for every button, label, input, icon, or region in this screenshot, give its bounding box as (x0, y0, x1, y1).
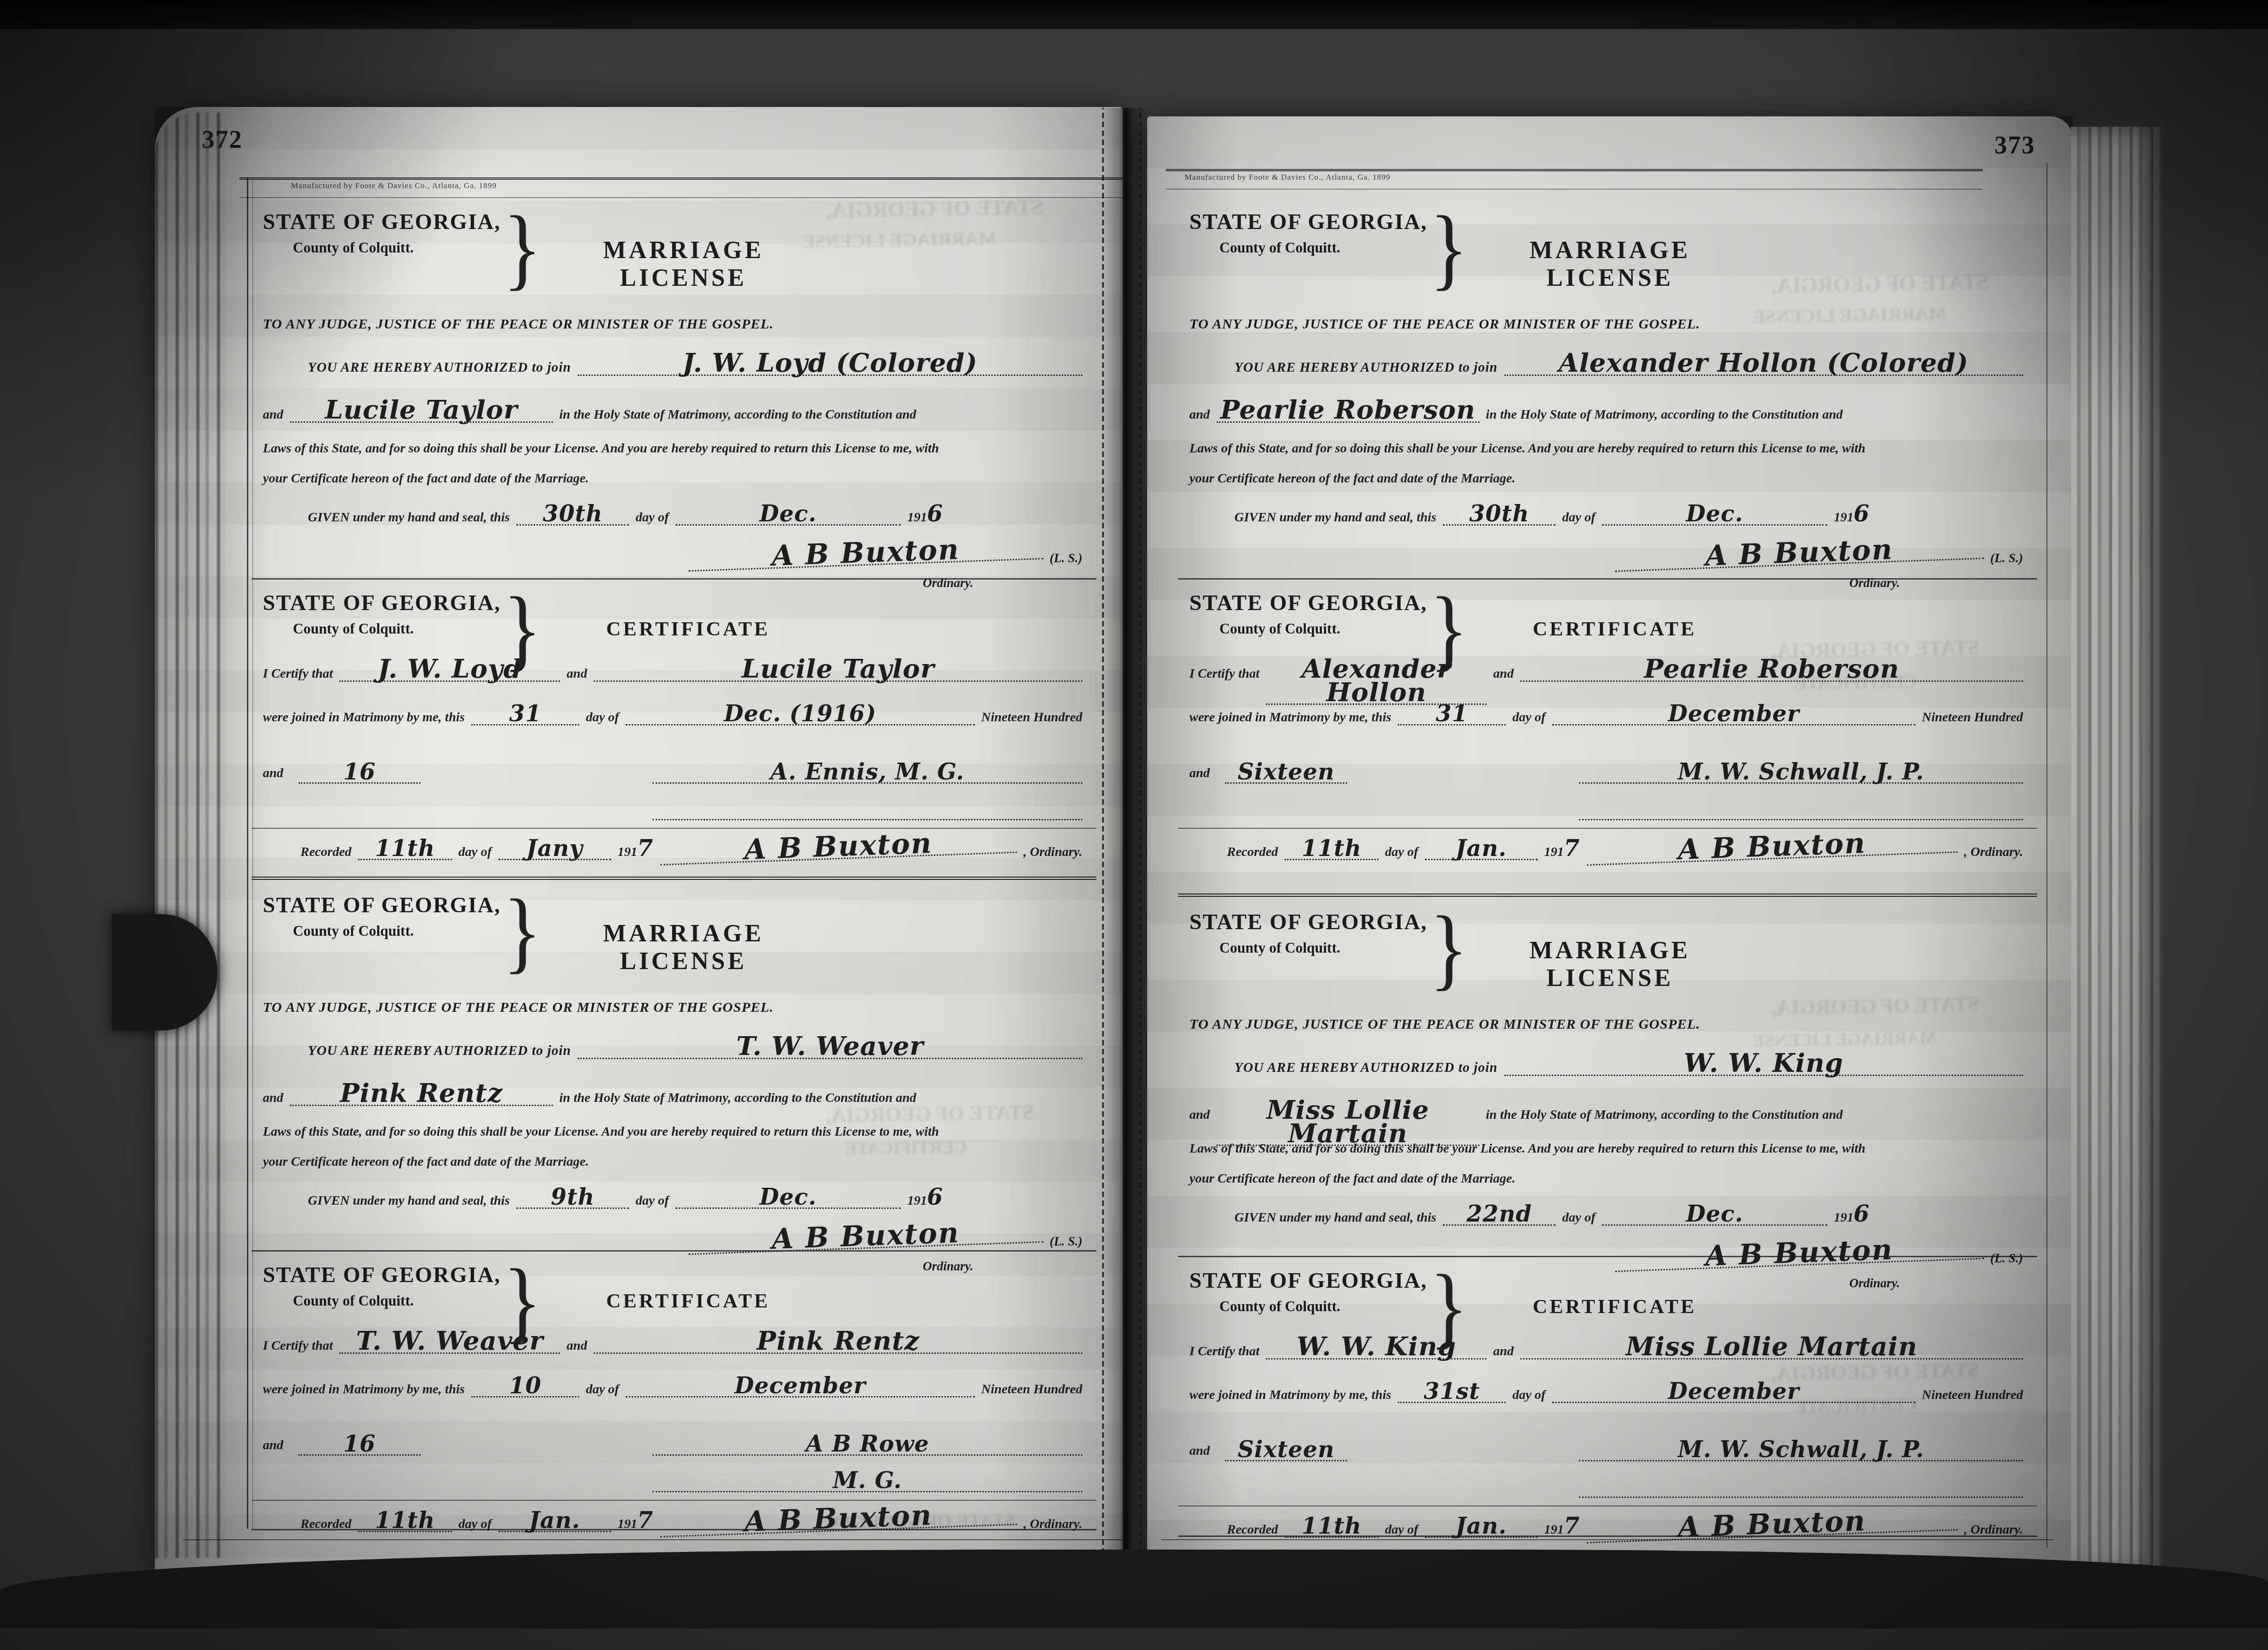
form-content-right: STATE OF GEORGIA, County of Colquitt. } … (1178, 193, 2037, 1535)
officiant-signature: M. W. Schwall, J. P. (1579, 1440, 2023, 1461)
ordinary-suffix: , Ordinary. (1964, 1522, 2023, 1537)
recorded-month-handwritten: Jany (498, 839, 611, 860)
day-of-label: day of (586, 1382, 619, 1397)
seal-label: (L. S.) (1990, 551, 2023, 565)
state-county-block: STATE OF GEORGIA, County of Colquitt. } (1189, 209, 1476, 256)
groom-name-handwritten: Alexander Hollon (Colored) (1504, 351, 2023, 376)
given-day-handwritten: 22nd (1443, 1204, 1555, 1226)
day-of-label: day of (1562, 510, 1595, 525)
gutter-crease-line (1140, 108, 1142, 1563)
ordinary-signature: A B Buxton (1614, 535, 1984, 572)
brace-glyph: } (1430, 896, 1468, 1001)
scanned-marriage-record-book-photo: 372 Manufactured by Foote & Davies Co., … (0, 0, 2268, 1650)
officiant-title-handwritten (1579, 1497, 2023, 1498)
ordinary-suffix: , Ordinary. (1023, 1517, 1082, 1532)
given-label: GIVEN under my hand and seal, this (308, 1193, 510, 1208)
and-label: and (1189, 407, 1210, 422)
license-title: MARRIAGE LICENSE (552, 237, 815, 292)
day-of-label: day of (636, 510, 669, 525)
recorded-year-digit-handwritten: 7 (637, 835, 653, 862)
year-handwritten: Sixteen (1225, 762, 1347, 784)
certificate-return-text: your Certificate hereon of the fact and … (263, 471, 589, 486)
and-label: and (1189, 1108, 1210, 1123)
ordinary-suffix: , Ordinary. (1023, 845, 1082, 860)
recorded-day-handwritten: 11th (1285, 1516, 1379, 1538)
year-digit-handwritten: 6 (927, 1184, 943, 1210)
certificate-return-text: your Certificate hereon of the fact and … (263, 1154, 589, 1169)
recorded-month-handwritten: Jan. (498, 1511, 611, 1532)
married-day-handwritten: 31 (471, 704, 579, 726)
year-handwritten: Sixteen (1225, 1440, 1347, 1461)
certificate-return-text: your Certificate hereon of the fact and … (1189, 1171, 1516, 1186)
and-label: and (263, 407, 283, 422)
officiant-title-handwritten: M. G. (652, 1471, 1082, 1492)
bride-name-handwritten: Miss Lollie Martain (1520, 1335, 2023, 1360)
salutation-line: TO ANY JUDGE, JUSTICE OF THE PEACE OR MI… (1189, 316, 1700, 332)
printed-year-prefix: 191 (1834, 510, 1854, 525)
recorded-divider (1178, 828, 2037, 829)
marriage-certificate-section: STATE OF GEORGIA, County of Colquitt. } … (1178, 578, 2037, 897)
state-county-block: STATE OF GEORGIA, County of Colquitt. } (1189, 590, 1476, 637)
married-day-handwritten: 31 (1398, 704, 1506, 726)
printed-year-prefix: 191 (1834, 1210, 1854, 1225)
brace-glyph: } (503, 879, 542, 984)
recorded-day-handwritten: 11th (1285, 839, 1379, 860)
groom-name-handwritten: W. W. King (1266, 1335, 1486, 1360)
joined-label: were joined in Matrimony by me, this (1189, 710, 1391, 725)
recorded-label: Recorded (300, 1517, 352, 1532)
given-label: GIVEN under my hand and seal, this (308, 510, 510, 525)
certificate-return-text: your Certificate hereon of the fact and … (1189, 471, 1516, 486)
year-digit-handwritten: 6 (927, 501, 943, 527)
joined-label: were joined in Matrimony by me, this (263, 710, 465, 725)
year-group: 1916 (907, 1187, 943, 1208)
authorized-label: YOU ARE HEREBY AUTHORIZED to join (308, 360, 571, 375)
given-day-handwritten: 30th (516, 504, 629, 526)
and-label: and (263, 1091, 283, 1106)
year-group: 1916 (907, 504, 943, 525)
joined-label: were joined in Matrimony by me, this (263, 1382, 465, 1397)
certificate-title: CERTIFICATE (561, 1290, 815, 1313)
married-day-handwritten: 10 (471, 1376, 579, 1398)
bride-name-handwritten: Miss Lollie Martain (1217, 1098, 1479, 1146)
year-group: 1917 (1544, 1516, 1580, 1537)
year-officiant-row: and 16 A B Rowe (263, 1415, 1082, 1456)
married-day-handwritten: 31st (1398, 1382, 1506, 1403)
year-handwritten: 16 (299, 762, 421, 784)
and-label: and (1493, 1344, 1514, 1359)
day-of-label: day of (459, 1517, 492, 1532)
day-of-label: day of (636, 1193, 669, 1208)
and-label: and (263, 766, 283, 781)
certificate-title: CERTIFICATE (1488, 1295, 1741, 1318)
married-month-handwritten: December (1552, 1382, 1916, 1403)
certify-label: I Certify that (1189, 666, 1259, 681)
printed-year-prefix: 191 (1544, 1522, 1564, 1537)
married-month-handwritten: Dec. (1916) (626, 704, 975, 726)
marriage-license-section: STATE OF GEORGIA, County of Colquitt. } … (252, 193, 1096, 580)
ordinary-suffix: , Ordinary. (1964, 845, 2023, 860)
given-month-handwritten: Dec. (675, 504, 901, 526)
given-label: GIVEN under my hand and seal, this (1234, 1210, 1436, 1225)
page-bottom-rule (1161, 1539, 2054, 1540)
brace-glyph: } (503, 196, 542, 301)
marriage-license-section: STATE OF GEORGIA, County of Colquitt. } … (1178, 894, 2037, 1257)
bride-name-handwritten: Pink Rentz (290, 1081, 553, 1106)
day-of-label: day of (1562, 1210, 1595, 1225)
recorder-signature: A B Buxton (1586, 1506, 1958, 1543)
ordinary-signature: A B Buxton (688, 535, 1043, 572)
laws-text: Laws of this State, and for so doing thi… (1189, 441, 1865, 456)
laws-text: Laws of this State, and for so doing thi… (263, 441, 939, 456)
year-group: 1916 (1834, 1204, 1870, 1225)
officiant-second-line: M. G. (652, 1459, 1082, 1492)
salutation-line: TO ANY JUDGE, JUSTICE OF THE PEACE OR MI… (1189, 1016, 1700, 1032)
certify-label: I Certify that (263, 666, 333, 681)
recorded-divider (252, 828, 1096, 829)
laws-text: Laws of this State, and for so doing thi… (263, 1124, 939, 1139)
marriage-certificate-section: STATE OF GEORGIA, County of Colquitt. } … (252, 578, 1096, 880)
salutation-line: TO ANY JUDGE, JUSTICE OF THE PEACE OR MI… (263, 1000, 774, 1016)
groom-name-handwritten: T. W. Weaver (578, 1034, 1082, 1059)
and-label: and (567, 1338, 587, 1353)
given-label: GIVEN under my hand and seal, this (1234, 510, 1436, 525)
state-county-block: STATE OF GEORGIA, County of Colquitt. } (263, 1262, 549, 1309)
year-officiant-row: and 16 A. Ennis, M. G. (263, 743, 1082, 784)
recorder-signature: A B Buxton (659, 829, 1017, 865)
recorded-label: Recorded (1227, 845, 1278, 860)
recorded-month-handwritten: Jan. (1425, 1516, 1538, 1538)
ordinary-signature: A B Buxton (688, 1219, 1043, 1255)
recorded-year-digit-handwritten: 7 (1564, 1513, 1580, 1539)
marriage-license-section: STATE OF GEORGIA, County of Colquitt. } … (1178, 193, 2037, 580)
book-page-left: 372 Manufactured by Foote & Davies Co., … (155, 107, 1123, 1576)
officiant-second-line (1579, 1465, 2023, 1498)
license-title: MARRIAGE LICENSE (1479, 237, 1741, 292)
bride-name-handwritten: Lucile Taylor (290, 398, 553, 423)
married-month-handwritten: December (626, 1376, 975, 1398)
photo-bottom-surface (0, 1628, 2268, 1650)
recorded-month-handwritten: Jan. (1425, 839, 1538, 860)
page-bottom-rule (183, 1539, 1123, 1540)
authorized-label: YOU ARE HEREBY AUTHORIZED to join (1234, 1060, 1498, 1076)
state-county-block: STATE OF GEORGIA, County of Colquitt. } (263, 209, 549, 256)
recorded-divider (1178, 1505, 2037, 1506)
officiant-title-handwritten (1579, 819, 2023, 820)
and-label: and (567, 666, 587, 681)
nineteen-hundred-label: Nineteen Hundred (981, 710, 1082, 725)
year-handwritten: 16 (299, 1434, 421, 1456)
matrimony-text: in the Holy State of Matrimony, accordin… (1486, 1108, 1843, 1123)
officiant-second-line (1579, 787, 2023, 820)
groom-name-handwritten: J. W. Loyd (Colored) (578, 351, 1082, 376)
recorded-label: Recorded (300, 845, 352, 860)
day-of-label: day of (1512, 710, 1546, 725)
printed-year-prefix: 191 (907, 1193, 927, 1208)
thumb-tab-shadow (112, 914, 217, 1031)
and-label: and (263, 1438, 283, 1453)
state-county-block: STATE OF GEORGIA, County of Colquitt. } (1189, 909, 1476, 956)
recorded-year-digit-handwritten: 7 (637, 1507, 653, 1534)
given-day-handwritten: 9th (516, 1187, 629, 1209)
laws-text: Laws of this State, and for so doing thi… (1189, 1141, 1865, 1156)
nineteen-hundred-label: Nineteen Hundred (981, 1382, 1082, 1397)
authorized-label: YOU ARE HEREBY AUTHORIZED to join (1234, 360, 1498, 375)
officiant-signature: M. W. Schwall, J. P. (1579, 762, 2023, 784)
right-margin-rule (2046, 163, 2047, 1548)
photo-top-black-band (0, 0, 2268, 29)
officiant-signature: A. Ennis, M. G. (652, 762, 1082, 784)
form-content-left: STATE OF GEORGIA, County of Colquitt. } … (252, 193, 1096, 1529)
bride-name-handwritten: Lucile Taylor (594, 657, 1082, 682)
nineteen-hundred-label: Nineteen Hundred (1922, 1388, 2023, 1403)
printed-year-prefix: 191 (1544, 845, 1564, 859)
married-month-handwritten: December (1552, 704, 1916, 726)
right-page-edges (2071, 127, 2163, 1572)
day-of-label: day of (586, 710, 619, 725)
and-label: and (1189, 1444, 1210, 1459)
year-group: 1916 (1834, 504, 1870, 525)
groom-name-handwritten: J. W. Loyd (339, 657, 560, 682)
and-label: and (1189, 766, 1210, 781)
year-group: 1917 (618, 1511, 653, 1532)
recorded-day-handwritten: 11th (358, 839, 452, 860)
given-month-handwritten: Dec. (1602, 1204, 1827, 1226)
certificate-title: CERTIFICATE (561, 618, 815, 641)
certify-label: I Certify that (1189, 1344, 1259, 1359)
seal-label: (L. S.) (1050, 1234, 1082, 1249)
day-of-label: day of (1385, 845, 1418, 860)
bride-name-handwritten: Pearlie Roberson (1217, 398, 1479, 423)
matrimony-text: in the Holy State of Matrimony, accordin… (1486, 407, 1843, 422)
and-label: and (1493, 666, 1514, 681)
day-of-label: day of (1512, 1388, 1546, 1403)
nineteen-hundred-label: Nineteen Hundred (1922, 710, 2023, 725)
year-digit-handwritten: 6 (1854, 501, 1870, 527)
matrimony-text: in the Holy State of Matrimony, accordin… (559, 1091, 917, 1106)
given-month-handwritten: Dec. (1602, 504, 1827, 526)
state-county-block: STATE OF GEORGIA, County of Colquitt. } (1189, 1268, 1476, 1315)
year-officiant-row: and Sixteen M. W. Schwall, J. P. (1189, 1421, 2023, 1461)
marriage-certificate-section: STATE OF GEORGIA, County of Colquitt. } … (1178, 1256, 2037, 1537)
printed-year-prefix: 191 (618, 1517, 637, 1531)
given-day-handwritten: 30th (1443, 504, 1555, 526)
salutation-line: TO ANY JUDGE, JUSTICE OF THE PEACE OR MI… (263, 316, 774, 332)
matrimony-text: in the Holy State of Matrimony, accordin… (559, 407, 917, 422)
officiant-signature: A B Rowe (652, 1434, 1082, 1456)
year-officiant-row: and Sixteen M. W. Schwall, J. P. (1189, 743, 2023, 784)
marriage-certificate-section: STATE OF GEORGIA, County of Colquitt. } … (252, 1250, 1096, 1530)
page-number-left: 372 (202, 125, 243, 154)
recorded-divider (252, 1500, 1096, 1501)
book-page-right: 373 Manufactured by Foote & Davies Co., … (1147, 116, 2073, 1581)
license-title: MARRIAGE LICENSE (552, 920, 815, 975)
bride-name-handwritten: Pink Rentz (594, 1329, 1082, 1354)
certify-label: I Certify that (263, 1338, 333, 1353)
printed-year-prefix: 191 (907, 510, 927, 525)
year-digit-handwritten: 6 (1854, 1201, 1870, 1227)
state-county-block: STATE OF GEORGIA, County of Colquitt. } (263, 590, 549, 637)
given-month-handwritten: Dec. (675, 1187, 901, 1209)
printed-year-prefix: 191 (618, 845, 637, 859)
officiant-title-handwritten (652, 819, 1082, 820)
year-group: 1917 (1544, 839, 1580, 860)
joined-label: were joined in Matrimony by me, this (1189, 1388, 1391, 1403)
state-county-block: STATE OF GEORGIA, County of Colquitt. } (263, 893, 549, 940)
day-of-label: day of (459, 845, 492, 860)
recorder-signature: A B Buxton (1586, 829, 1958, 866)
groom-name-handwritten: Alexander Hollon (1266, 657, 1486, 705)
groom-name-handwritten: W. W. King (1504, 1051, 2023, 1076)
printer-imprint: Manufactured by Foote & Davies Co., Atla… (1166, 169, 1983, 190)
recorded-day-handwritten: 11th (358, 1511, 452, 1532)
license-title: MARRIAGE LICENSE (1479, 937, 1741, 992)
seal-label: (L. S.) (1050, 551, 1082, 565)
groom-name-handwritten: T. W. Weaver (339, 1329, 560, 1354)
brace-glyph: } (1430, 196, 1468, 301)
officiant-second-line (652, 787, 1082, 820)
certificate-title: CERTIFICATE (1488, 618, 1741, 641)
recorded-year-digit-handwritten: 7 (1564, 835, 1580, 862)
bride-name-handwritten: Pearlie Roberson (1520, 657, 2023, 682)
day-of-label: day of (1385, 1522, 1418, 1537)
recorded-label: Recorded (1227, 1522, 1278, 1537)
year-group: 1917 (618, 839, 653, 860)
authorized-label: YOU ARE HEREBY AUTHORIZED to join (308, 1043, 571, 1059)
recorder-signature: A B Buxton (659, 1501, 1017, 1537)
page-number-right: 373 (1994, 130, 2035, 160)
marriage-license-section: STATE OF GEORGIA, County of Colquitt. } … (252, 877, 1096, 1252)
